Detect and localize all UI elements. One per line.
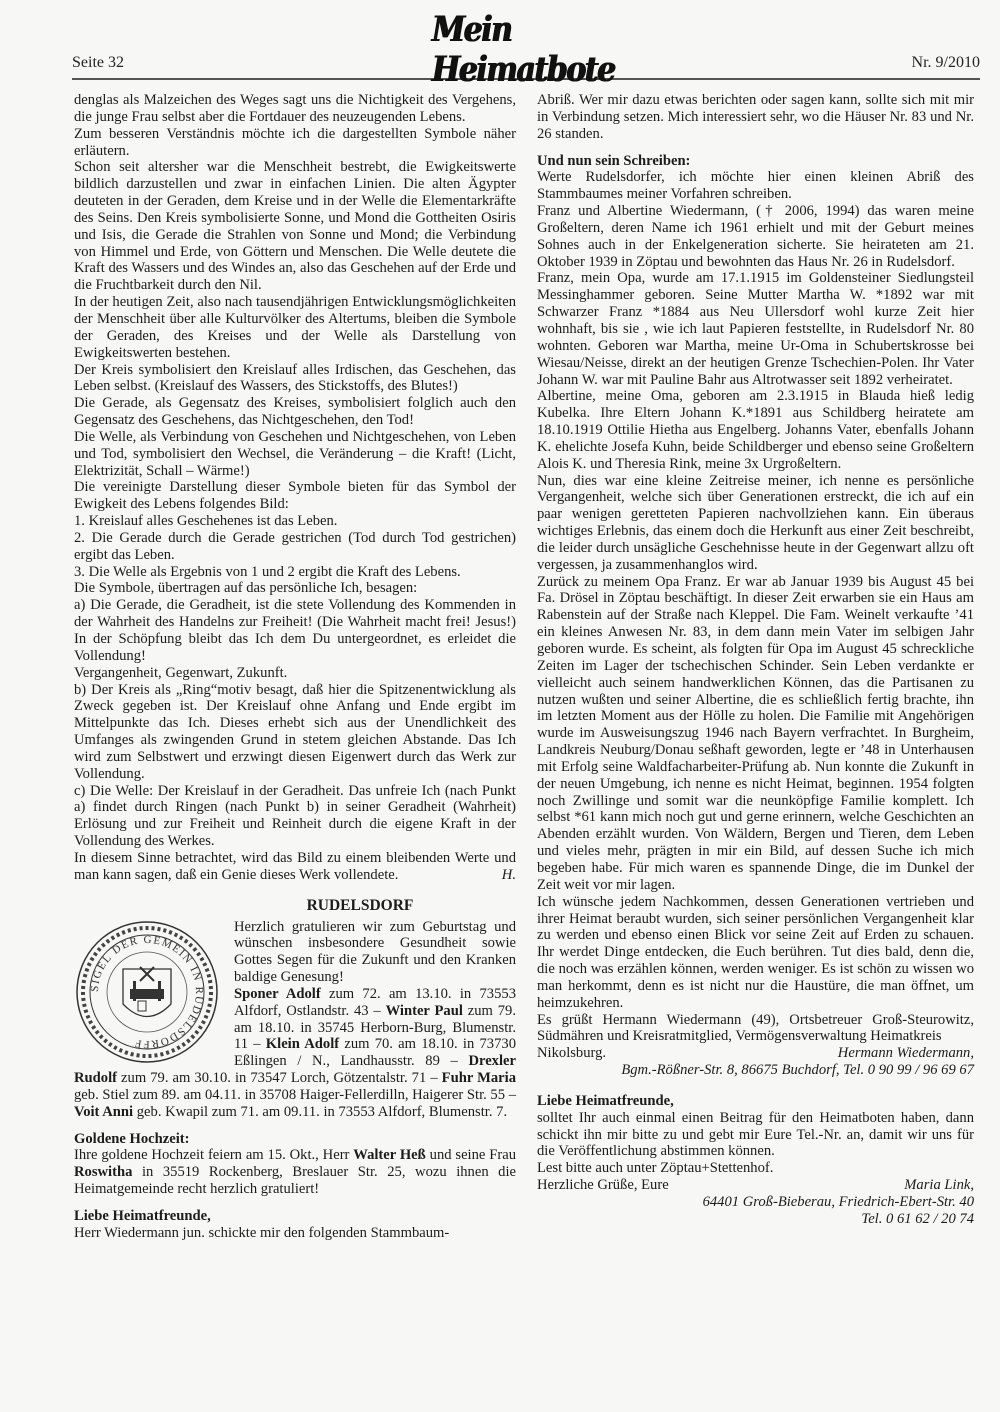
signature-name: Hermann Wiedermann, [838, 1045, 974, 1062]
issue-number: Nr. 9/2010 [912, 54, 980, 72]
paragraph: b) Der Kreis als „Ring“motiv besagt, daß… [74, 682, 516, 783]
seal-icon: SIGEL DER GEMEIN IN RUDELSDORFF [68, 919, 226, 1065]
paragraph: Lest bitte auch unter Zöptau+Stettenhof. [537, 1160, 974, 1177]
person-name: Roswitha [74, 1164, 132, 1180]
golden-wedding-text: Ihre goldene Hochzeit feiern am 15. Okt.… [74, 1147, 516, 1198]
section-heading-liebe-2: Liebe Heimatfreunde, [537, 1093, 974, 1110]
paragraph: Albertine, meine Oma, geboren am 2.3.191… [537, 388, 974, 472]
paragraph: Abriß. Wer mir dazu etwas berichten oder… [537, 92, 974, 143]
paragraph: Schon seit altersher war die Menschheit … [74, 159, 516, 294]
text: Ihre goldene Hochzeit feiern am 15. Okt.… [74, 1147, 353, 1163]
paragraph: Die vereinigte Darstellung dieser Symbol… [74, 479, 516, 513]
paragraph: Der Kreis symbolisiert den Kreislauf all… [74, 362, 516, 396]
paragraph: Franz und Albertine Wiedermann, († 2006,… [537, 203, 974, 270]
paragraph: Die Welle, als Verbindung von Geschehen … [74, 429, 516, 480]
person-name: Walter Heß [353, 1147, 426, 1163]
paragraph: denglas als Malzeichen des Weges sagt un… [74, 92, 516, 126]
paragraph-end: Nikolsburg. [537, 1045, 606, 1062]
paragraph: a) Die Gerade, die Geradheit, ist die st… [74, 597, 516, 664]
text: in 35519 Rockenberg, Breslauer Str. 25, … [74, 1164, 516, 1197]
signature-name: Maria Link, [904, 1177, 974, 1194]
birthday-detail: zum 79. am 30.10. in 73547 Lorch, Götzen… [117, 1070, 442, 1086]
paragraph: Vergangenheit, Gegenwart, Zukunft. [74, 665, 516, 682]
text: und seine Frau [426, 1147, 516, 1163]
list-item: 1. Kreislauf alles Geschehenes ist das L… [74, 513, 516, 530]
paragraph: In diesem Sinne betrachtet, wird das Bil… [74, 850, 516, 884]
page-number: Seite 32 [72, 54, 124, 72]
paragraph: Werte Rudelsdorfer, ich möchte hier eine… [537, 169, 974, 203]
right-column: Abriß. Wer mir dazu etwas berichten oder… [537, 92, 974, 1228]
paragraph: Ich wünsche jedem Nachkommen, dessen Gen… [537, 894, 974, 1012]
town-seal-image: SIGEL DER GEMEIN IN RUDELSDORFF [68, 919, 226, 1065]
birthday-detail: geb. Stiel zum 89. am 04.11. in 35708 Ha… [74, 1087, 516, 1103]
paragraph: Die Gerade, als Gegensatz des Kreises, s… [74, 395, 516, 429]
section-heading-liebe: Liebe Heimatfreunde, [74, 1208, 516, 1225]
paragraph-text: In diesem Sinne betrachtet, wird das Bil… [74, 850, 516, 883]
page-header: Seite 32 Mein Heimatbote Nr. 9/2010 [72, 18, 980, 80]
paragraph: solltet Ihr auch einmal einen Beitrag fü… [537, 1110, 974, 1161]
paragraph: Zurück zu meinem Opa Franz. Er war ab Ja… [537, 574, 974, 894]
paragraph: c) Die Welle: Der Kreislauf in der Gerad… [74, 783, 516, 850]
closing: Herzliche Grüße, Eure [537, 1177, 669, 1194]
paragraph: Zum besseren Verständnis möchte ich die … [74, 126, 516, 160]
section-heading-rudelsdorf: RUDELSDORF [74, 898, 516, 915]
paragraph: Es grüßt Hermann Wiedermann (49), Ortsbe… [537, 1012, 974, 1046]
signature-phone: Tel. 0 61 62 / 20 74 [537, 1211, 974, 1228]
person-name: Fuhr Maria [442, 1070, 516, 1086]
left-column: denglas als Malzeichen des Weges sagt un… [74, 92, 516, 1242]
person-name: Sponer Adolf [234, 986, 321, 1002]
signature-row: Nikolsburg. Hermann Wiedermann, [537, 1045, 974, 1062]
person-name: Voit Anni [74, 1104, 133, 1120]
signature-address: 64401 Groß-Bieberau, Friedrich-Ebert-Str… [537, 1194, 974, 1211]
paragraph: Die Symbole, übertragen auf das persönli… [74, 580, 516, 597]
paragraph: Nun, dies war eine kleine Zeitreise mein… [537, 473, 974, 574]
rudelsdorf-section: SIGEL DER GEMEIN IN RUDELSDORFF Herzlich… [74, 919, 516, 1121]
author-initial: H. [502, 867, 516, 884]
person-name: Klein Adolf [266, 1036, 339, 1052]
paragraph: In der heutigen Zeit, also nach tausendj… [74, 294, 516, 361]
signature-row: Herzliche Grüße, Eure Maria Link, [537, 1177, 974, 1194]
section-heading-golden-wedding: Goldene Hochzeit: [74, 1131, 516, 1148]
section-heading-schreiben: Und nun sein Schreiben: [537, 153, 974, 170]
list-item: 2. Die Gerade durch die Gerade gestriche… [74, 530, 516, 564]
person-name: Winter Paul [386, 1003, 463, 1019]
birthday-detail: geb. Kwapil zum 71. am 09.11. in 73553 A… [133, 1104, 507, 1120]
signature-address: Bgm.-Rößner-Str. 8, 86675 Buchdorf, Tel.… [537, 1062, 974, 1079]
paragraph: Herr Wiedermann jun. schickte mir den fo… [74, 1225, 516, 1242]
paragraph: Franz, mein Opa, wurde am 17.1.1915 im G… [537, 270, 974, 388]
masthead-logo: Mein Heimatbote [432, 27, 622, 73]
list-item: 3. Die Welle als Ergebnis von 1 und 2 er… [74, 564, 516, 581]
